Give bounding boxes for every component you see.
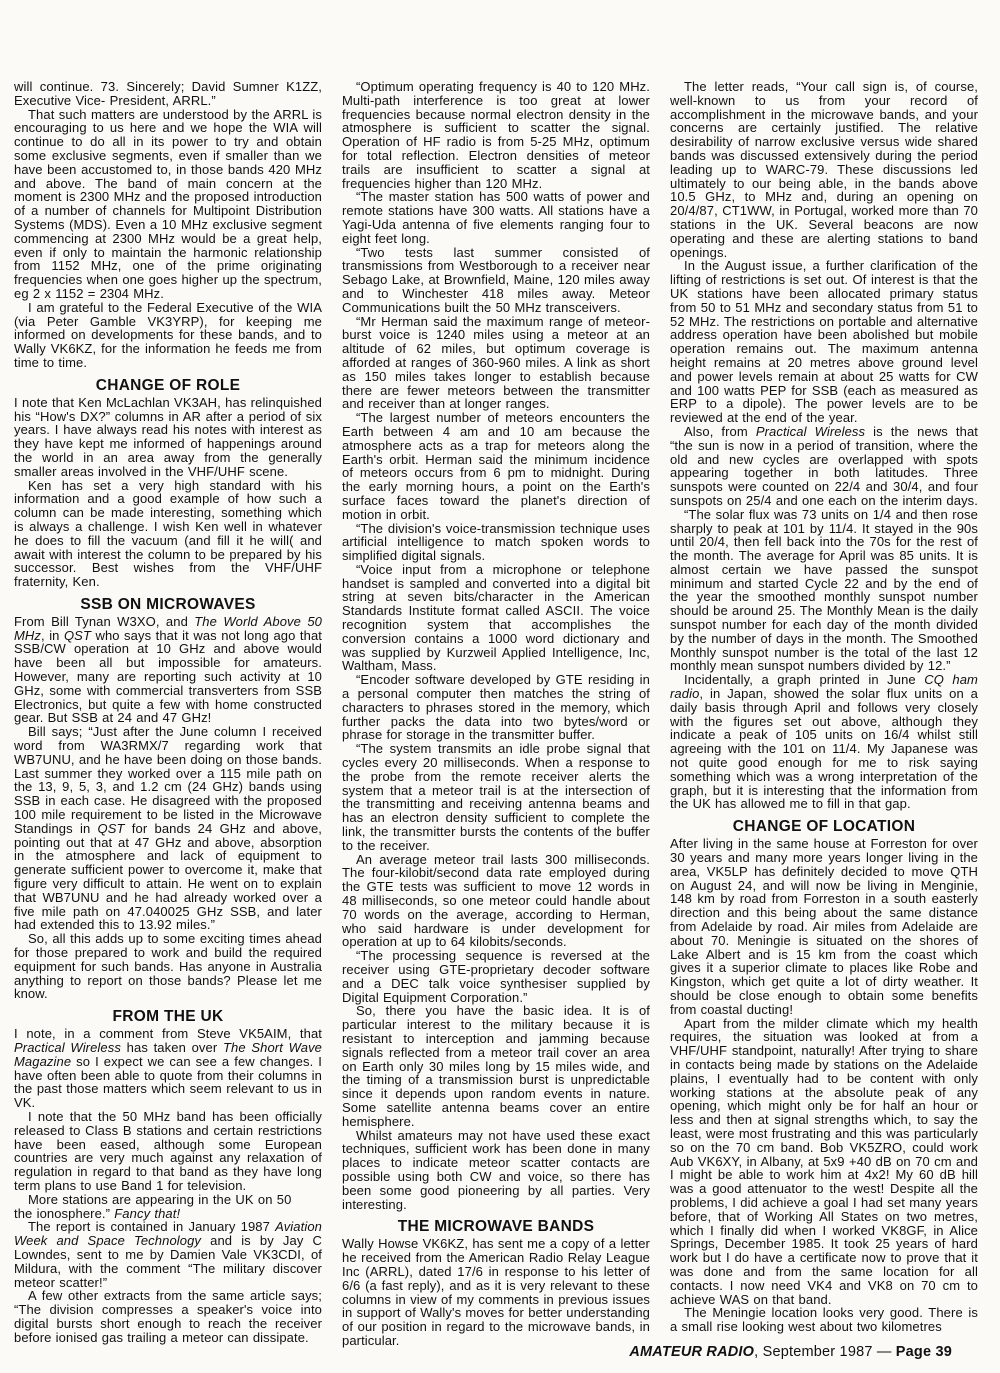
text-columns: will continue. 73. Sincerely; David Sumn… bbox=[14, 80, 990, 1348]
text-run: So, there you have the basic idea. It is… bbox=[342, 1003, 650, 1128]
italic-text-run: Fancy that! bbox=[114, 1206, 180, 1221]
italic-text-run: Practical Wireless bbox=[756, 424, 865, 439]
paragraph: Wally Howse VK6KZ, has sent me a copy of… bbox=[342, 1237, 650, 1347]
text-run: , in bbox=[41, 628, 64, 643]
text-run: I am grateful to the Federal Executive o… bbox=[14, 300, 322, 370]
paragraph: I note, in a comment from Steve VK5AIM, … bbox=[14, 1027, 322, 1110]
text-run: “The division's voice-transmission techn… bbox=[342, 521, 650, 564]
paragraph: The Meningie location looks very good. T… bbox=[670, 1306, 978, 1334]
paragraph: “The solar flux was 73 units on 1/4 and … bbox=[670, 508, 978, 674]
column-1: will continue. 73. Sincerely; David Sumn… bbox=[14, 80, 322, 1348]
paragraph: So, there you have the basic idea. It is… bbox=[342, 1004, 650, 1128]
paragraph: In the August issue, a further clarifica… bbox=[670, 259, 978, 425]
paragraph: “The division's voice-transmission techn… bbox=[342, 522, 650, 563]
text-run: for bands 24 GHz and above, pointing out… bbox=[14, 821, 322, 933]
paragraph: So, all this adds up to some exciting ti… bbox=[14, 932, 322, 1001]
page-number: Page 39 bbox=[896, 1344, 952, 1360]
text-run: Whilst amateurs may not have used these … bbox=[342, 1128, 650, 1212]
paragraph: Whilst amateurs may not have used these … bbox=[342, 1129, 650, 1212]
text-run: From Bill Tynan W3XO, and bbox=[14, 614, 194, 629]
paragraph: “The system transmits an idle probe sign… bbox=[342, 742, 650, 852]
paragraph: The report is contained in January 1987 … bbox=[14, 1220, 322, 1289]
section-heading: THE MICROWAVE BANDS bbox=[342, 1218, 650, 1235]
section-heading: CHANGE OF LOCATION bbox=[670, 818, 978, 835]
paragraph: “Encoder software developed by GTE resid… bbox=[342, 673, 650, 742]
paragraph: “The processing sequence is reversed at … bbox=[342, 949, 650, 1004]
text-run: “Voice input from a microphone or teleph… bbox=[342, 562, 650, 674]
text-run: In the August issue, a further clarifica… bbox=[670, 258, 978, 425]
text-run: has taken over bbox=[121, 1040, 223, 1055]
text-run: “Mr Herman said the maximum range of met… bbox=[342, 314, 650, 412]
text-run: A few other extracts from the same artic… bbox=[14, 1288, 322, 1344]
text-run: “The solar flux was 73 units on 1/4 and … bbox=[670, 507, 978, 674]
text-run: “Two tests last summer consisted of tran… bbox=[342, 245, 650, 315]
paragraph: Also, from Practical Wireless is the new… bbox=[670, 425, 978, 508]
section-heading: FROM THE UK bbox=[14, 1008, 322, 1025]
text-run: I note that the 50 MHz band has been off… bbox=[14, 1109, 322, 1193]
text-run: After living in the same house at Forres… bbox=[670, 836, 978, 1017]
paragraph: “The largest number of meteors encounter… bbox=[342, 411, 650, 521]
paragraph: “Optimum operating frequency is 40 to 12… bbox=[342, 80, 650, 190]
page-footer: AMATEUR RADIO, September 1987 — Page 39 bbox=[629, 1344, 952, 1360]
italic-text-run: Practical Wireless bbox=[14, 1040, 121, 1055]
text-run: “The master station has 500 watts of pow… bbox=[342, 189, 650, 245]
text-run: The Meningie location looks very good. T… bbox=[670, 1305, 978, 1334]
text-run: An average meteor trail lasts 300 millis… bbox=[342, 852, 650, 950]
text-run: Wally Howse VK6KZ, has sent me a copy of… bbox=[342, 1236, 650, 1348]
text-run: Bill says; “Just after the June column I… bbox=[14, 724, 322, 836]
paragraph: “Voice input from a microphone or teleph… bbox=[342, 563, 650, 673]
paragraph: The letter reads, “Your call sign is, of… bbox=[670, 80, 978, 259]
text-run: The report is contained in January 1987 bbox=[28, 1219, 275, 1234]
paragraph: Apart from the milder climate which my h… bbox=[670, 1017, 978, 1307]
text-run: Ken has set a very high standard with hi… bbox=[14, 478, 322, 590]
column-3: The letter reads, “Your call sign is, of… bbox=[670, 80, 978, 1348]
paragraph: That such matters are understood by the … bbox=[14, 108, 322, 301]
paragraph: will continue. 73. Sincerely; David Sumn… bbox=[14, 80, 322, 108]
paragraph: An average meteor trail lasts 300 millis… bbox=[342, 853, 650, 950]
text-run: “The largest number of meteors encounter… bbox=[342, 410, 650, 522]
magazine-page: will continue. 73. Sincerely; David Sumn… bbox=[0, 0, 1000, 1373]
paragraph: A few other extracts from the same artic… bbox=[14, 1289, 322, 1344]
column-2: “Optimum operating frequency is 40 to 12… bbox=[342, 80, 650, 1348]
paragraph: “Mr Herman said the maximum range of met… bbox=[342, 315, 650, 412]
text-run: Also, from bbox=[684, 424, 756, 439]
text-run: I note, in a comment from Steve VK5AIM, … bbox=[14, 1026, 322, 1041]
journal-title: AMATEUR RADIO bbox=[629, 1344, 754, 1360]
paragraph: I note that the 50 MHz band has been off… bbox=[14, 1110, 322, 1193]
text-run: “The system transmits an idle probe sign… bbox=[342, 741, 650, 853]
text-run: Incidentally, a graph printed in June bbox=[684, 672, 924, 687]
paragraph: More stations are appearing in the UK on… bbox=[14, 1193, 322, 1207]
paragraph: I note that Ken McLachlan VK3AH, has rel… bbox=[14, 396, 322, 479]
text-run: So, all this adds up to some exciting ti… bbox=[14, 931, 322, 1001]
text-run: I note that Ken McLachlan VK3AH, has rel… bbox=[14, 395, 322, 479]
paragraph: “Two tests last summer consisted of tran… bbox=[342, 246, 650, 315]
paragraph: I am grateful to the Federal Executive o… bbox=[14, 301, 322, 370]
paragraph: From Bill Tynan W3XO, and The World Abov… bbox=[14, 615, 322, 725]
text-run: the ionosphere.” bbox=[14, 1206, 114, 1221]
paragraph: Bill says; “Just after the June column I… bbox=[14, 725, 322, 932]
text-run: “Optimum operating frequency is 40 to 12… bbox=[342, 79, 650, 191]
text-run: More stations are appearing in the UK on… bbox=[28, 1192, 291, 1207]
text-run: Apart from the milder climate which my h… bbox=[670, 1016, 978, 1307]
italic-text-run: QST bbox=[98, 821, 125, 836]
section-heading: CHANGE OF ROLE bbox=[14, 377, 322, 394]
paragraph: the ionosphere.” Fancy that! bbox=[14, 1207, 322, 1221]
text-run: The letter reads, “Your call sign is, of… bbox=[670, 79, 978, 260]
text-run: That such matters are understood by the … bbox=[14, 107, 322, 301]
text-run: who says that it was not long ago that S… bbox=[14, 628, 322, 726]
section-heading: SSB ON MICROWAVES bbox=[14, 596, 322, 613]
text-run: , in Japan, showed the solar flux units … bbox=[670, 686, 978, 811]
text-run: will continue. 73. Sincerely; David Sumn… bbox=[14, 79, 322, 108]
paragraph: Incidentally, a graph printed in June CQ… bbox=[670, 673, 978, 811]
paragraph: “The master station has 500 watts of pow… bbox=[342, 190, 650, 245]
paragraph: After living in the same house at Forres… bbox=[670, 837, 978, 1016]
paragraph: Ken has set a very high standard with hi… bbox=[14, 479, 322, 589]
text-run: “Encoder software developed by GTE resid… bbox=[342, 672, 650, 742]
italic-text-run: QST bbox=[64, 628, 91, 643]
text-run: “The processing sequence is reversed at … bbox=[342, 948, 650, 1004]
footer-date: , September 1987 — bbox=[754, 1344, 896, 1360]
